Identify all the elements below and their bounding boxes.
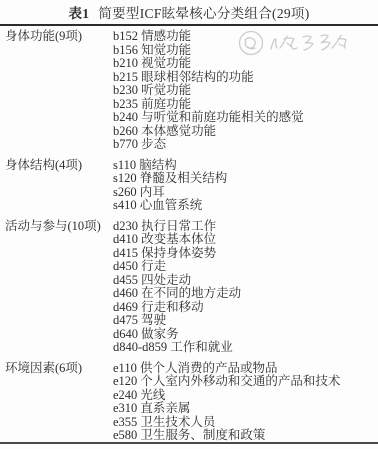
table-title: 表1简要型ICF眩晕核心分类组合(29项) [0, 0, 378, 21]
section-body-functions: 身体功能(9项) b152 情感功能 b156 知觉功能 b210 视觉功能 b… [0, 30, 378, 152]
category-label: 环境因素(6项) [0, 362, 113, 376]
item-row: d230 执行日常工作 [113, 220, 241, 234]
item-row: s260 内耳 [113, 186, 227, 200]
category-label: 活动与参与(10项) [0, 220, 113, 234]
category-label: 身体结构(4项) [0, 159, 113, 173]
item-row: d460 在不同的地方走动 [113, 287, 241, 301]
item-row: d410 改变基本体位 [113, 233, 241, 247]
item-list: d230 执行日常工作 d410 改变基本体位 d415 保持身体姿势 d450… [113, 220, 241, 355]
item-row: s410 心血管系统 [113, 199, 227, 213]
section-body-structures: 身体结构(4项) s110 脑结构 s120 脊髓及相关结构 s260 内耳 s… [0, 159, 378, 213]
category-label: 身体功能(9项) [0, 30, 113, 44]
item-row: b156 知觉功能 [113, 44, 304, 58]
item-row: d415 保持身体姿势 [113, 247, 241, 261]
table-top-rule [0, 24, 378, 26]
item-row: d455 四处走动 [113, 274, 241, 288]
table-number-label: 表1 [68, 6, 89, 21]
item-row: b152 情感功能 [113, 30, 304, 44]
table-title-text: 简要型ICF眩晕核心分类组合(29项) [98, 6, 309, 21]
item-row: b215 眼球相邻结构的功能 [113, 71, 304, 85]
item-row: b230 听觉功能 [113, 84, 304, 98]
item-row: b240 与听觉和前庭功能相关的感觉 [113, 111, 304, 125]
item-row: s110 脑结构 [113, 159, 227, 173]
item-list: s110 脑结构 s120 脊髓及相关结构 s260 内耳 s410 心血管系统 [113, 159, 227, 213]
item-row: b210 视觉功能 [113, 57, 304, 71]
section-activities-participation: 活动与参与(10项) d230 执行日常工作 d410 改变基本体位 d415 … [0, 220, 378, 355]
table-bottom-rule [0, 442, 378, 444]
item-row: d840-d859 工作和就业 [113, 341, 241, 355]
item-list: e110 供个人消费的产品或物品 e120 个人室内外移动和交通的产品和技术 e… [113, 362, 340, 443]
item-row: b235 前庭功能 [113, 98, 304, 112]
item-row: d640 做家务 [113, 328, 241, 342]
item-row: s120 脊髓及相关结构 [113, 172, 227, 186]
item-row: d475 驾驶 [113, 314, 241, 328]
item-row: d469 行走和移动 [113, 301, 241, 315]
item-row: e580 卫生服务、制度和政策 [113, 429, 340, 443]
item-row: b260 本体感觉功能 [113, 125, 304, 139]
item-row: d450 行走 [113, 260, 241, 274]
section-environmental-factors: 环境因素(6项) e110 供个人消费的产品或物品 e120 个人室内外移动和交… [0, 362, 378, 443]
item-row: e240 光线 [113, 389, 340, 403]
item-row: e120 个人室内外移动和交通的产品和技术 [113, 375, 340, 389]
item-row: e310 直系亲属 [113, 402, 340, 416]
item-row: e355 卫生技术人员 [113, 416, 340, 430]
item-list: b152 情感功能 b156 知觉功能 b210 视觉功能 b215 眼球相邻结… [113, 30, 304, 152]
item-row: e110 供个人消费的产品或物品 [113, 362, 340, 376]
table-body: 身体功能(9项) b152 情感功能 b156 知觉功能 b210 视觉功能 b… [0, 30, 378, 443]
paper-table-page: 表1简要型ICF眩晕核心分类组合(29项) 身体功能(9项) b152 情感功能… [0, 0, 378, 449]
item-row: b770 步态 [113, 138, 304, 152]
